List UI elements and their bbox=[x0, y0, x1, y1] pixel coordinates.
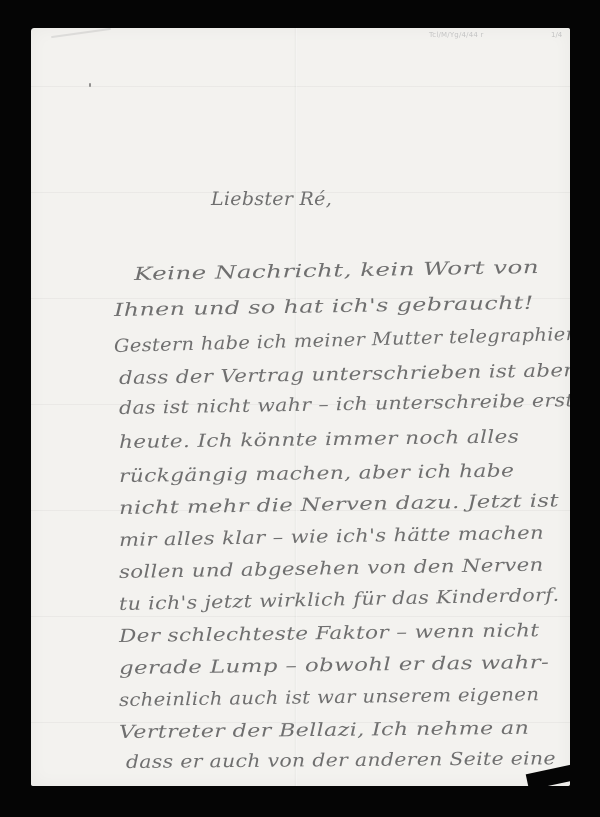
salutation: Liebster Ré, bbox=[211, 188, 332, 210]
letter-line: gerade Lump – obwohl er das wahr- bbox=[119, 652, 549, 679]
letter-line: Keine Nachricht, kein Wort von bbox=[134, 257, 539, 285]
letter-line: das ist nicht wahr – ich unterschreibe e… bbox=[119, 390, 570, 419]
letter-line: tu ich's jetzt wirklich für das Kinderdo… bbox=[119, 585, 560, 615]
letter-line: rückgängig machen, aber ich habe bbox=[119, 460, 515, 487]
letter-line: Vertreter der Bellazi, Ich nehme an bbox=[119, 718, 529, 743]
letter-line: Gestern habe ich meiner Mutter telegraph… bbox=[114, 324, 570, 357]
letter-line: scheinlich auch ist war unserem eigenen bbox=[119, 684, 540, 711]
archive-reference: Tcl/M/Yg/4/44 r bbox=[429, 31, 484, 39]
letter-line: heute. Ich könnte immer noch alles bbox=[119, 426, 519, 453]
folio-number: 1/4 bbox=[551, 31, 562, 39]
letter-line: dass der Vertrag unterschrieben ist aber bbox=[119, 360, 570, 389]
letter-line: dass er auch von der anderen Seite eine bbox=[126, 748, 556, 773]
letter-line: Ihnen und so hat ich's gebraucht! bbox=[114, 293, 534, 321]
letter-line: sollen und abgesehen von den Nerven bbox=[119, 555, 544, 583]
letter-line: mir alles klar – wie ich's hätte machen bbox=[119, 523, 544, 551]
corner-crease bbox=[51, 28, 111, 38]
letter-page: Tcl/M/Yg/4/44 r 1/4 Liebster Ré, Keine N… bbox=[31, 28, 570, 786]
letter-line: nicht mehr die Nerven dazu. Jetzt ist bbox=[119, 490, 559, 519]
paper-speck bbox=[89, 83, 91, 87]
letter-line: Der schlechteste Faktor – wenn nicht bbox=[119, 620, 540, 647]
